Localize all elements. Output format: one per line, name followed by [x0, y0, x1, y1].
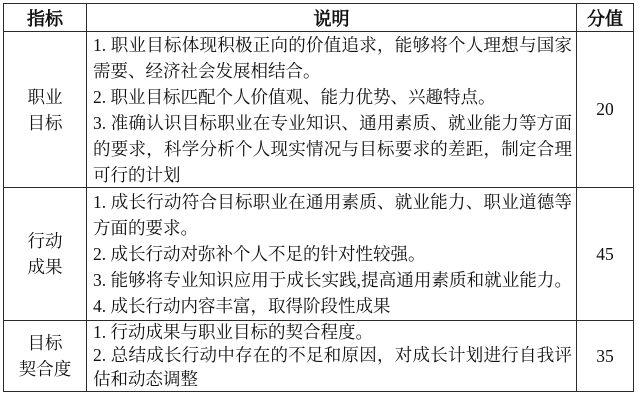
header-cell-score: 分值 [577, 4, 633, 32]
description-line: 2. 成长行动对弥补个人不足的针对性较强。 [93, 241, 572, 267]
description-line: 1. 职业目标体现积极正向的价值追求，能够将个人理想与国家 [93, 32, 572, 58]
description-line: 1. 行动成果与职业目标的契合程度。 [93, 321, 572, 344]
indicator-line: 职业 [28, 84, 63, 110]
score-cell-career-goal: 20 [577, 32, 633, 188]
description-line: 3. 能够将专业知识应用于成长实践,提高通用素质和就业能力。 [93, 267, 572, 293]
indicator-line: 目标 [28, 110, 63, 136]
description-line: 2. 职业目标匹配个人价值观、能力优势、兴趣特点。 [93, 84, 572, 110]
description-line: 3. 准确认识目标职业在专业知识、通用素质、就业能力等方面 [93, 110, 572, 136]
description-line: 方面的要求。 [93, 215, 572, 241]
indicator-line: 目标 [28, 330, 63, 356]
indicator-cell-goal-fit: 目标 契合度 [4, 321, 87, 391]
description-line: 需要、经济社会发展相结合。 [93, 58, 572, 84]
description-cell-goal-fit: 1. 行动成果与职业目标的契合程度。 2. 总结成长行动中存在的不足和原因，对成… [87, 321, 577, 391]
description-cell-action-results: 1. 成长行动符合目标职业在通用素质、就业能力、职业道德等 方面的要求。 2. … [87, 188, 577, 321]
score-value: 20 [596, 99, 614, 120]
document-page: 指标 说明 分值 职业 目标 1. 职业目标体现积极正向的价值追求，能够将个人理… [0, 0, 639, 397]
indicator-cell-action-results: 行动 成果 [4, 188, 87, 321]
description-line: 的要求，科学分析个人现实情况与目标要求的差距，制定合理 [93, 136, 572, 162]
evaluation-criteria-table: 指标 说明 分值 职业 目标 1. 职业目标体现积极正向的价值追求，能够将个人理… [3, 3, 634, 392]
score-cell-goal-fit: 35 [577, 321, 633, 391]
score-value: 45 [596, 244, 614, 265]
header-score-label: 分值 [587, 5, 623, 31]
header-indicator-label: 指标 [27, 5, 63, 31]
header-description-label: 说明 [314, 5, 350, 31]
indicator-line: 行动 [28, 228, 63, 254]
description-line: 估和动态调整 [93, 368, 572, 391]
score-cell-action-results: 45 [577, 188, 633, 321]
description-line: 1. 成长行动符合目标职业在通用素质、就业能力、职业道德等 [93, 189, 572, 215]
header-cell-indicator: 指标 [4, 4, 87, 32]
score-value: 35 [596, 346, 614, 367]
indicator-line: 契合度 [19, 356, 72, 382]
description-line: 可行的计划 [93, 162, 572, 188]
description-cell-career-goal: 1. 职业目标体现积极正向的价值追求，能够将个人理想与国家 需要、经济社会发展相… [87, 32, 577, 188]
indicator-line: 成果 [28, 254, 63, 280]
description-line: 2. 总结成长行动中存在的不足和原因，对成长计划进行自我评 [93, 344, 572, 368]
header-cell-description: 说明 [87, 4, 577, 32]
indicator-cell-career-goal: 职业 目标 [4, 32, 87, 188]
description-line: 4. 成长行动内容丰富，取得阶段性成果 [93, 293, 572, 319]
